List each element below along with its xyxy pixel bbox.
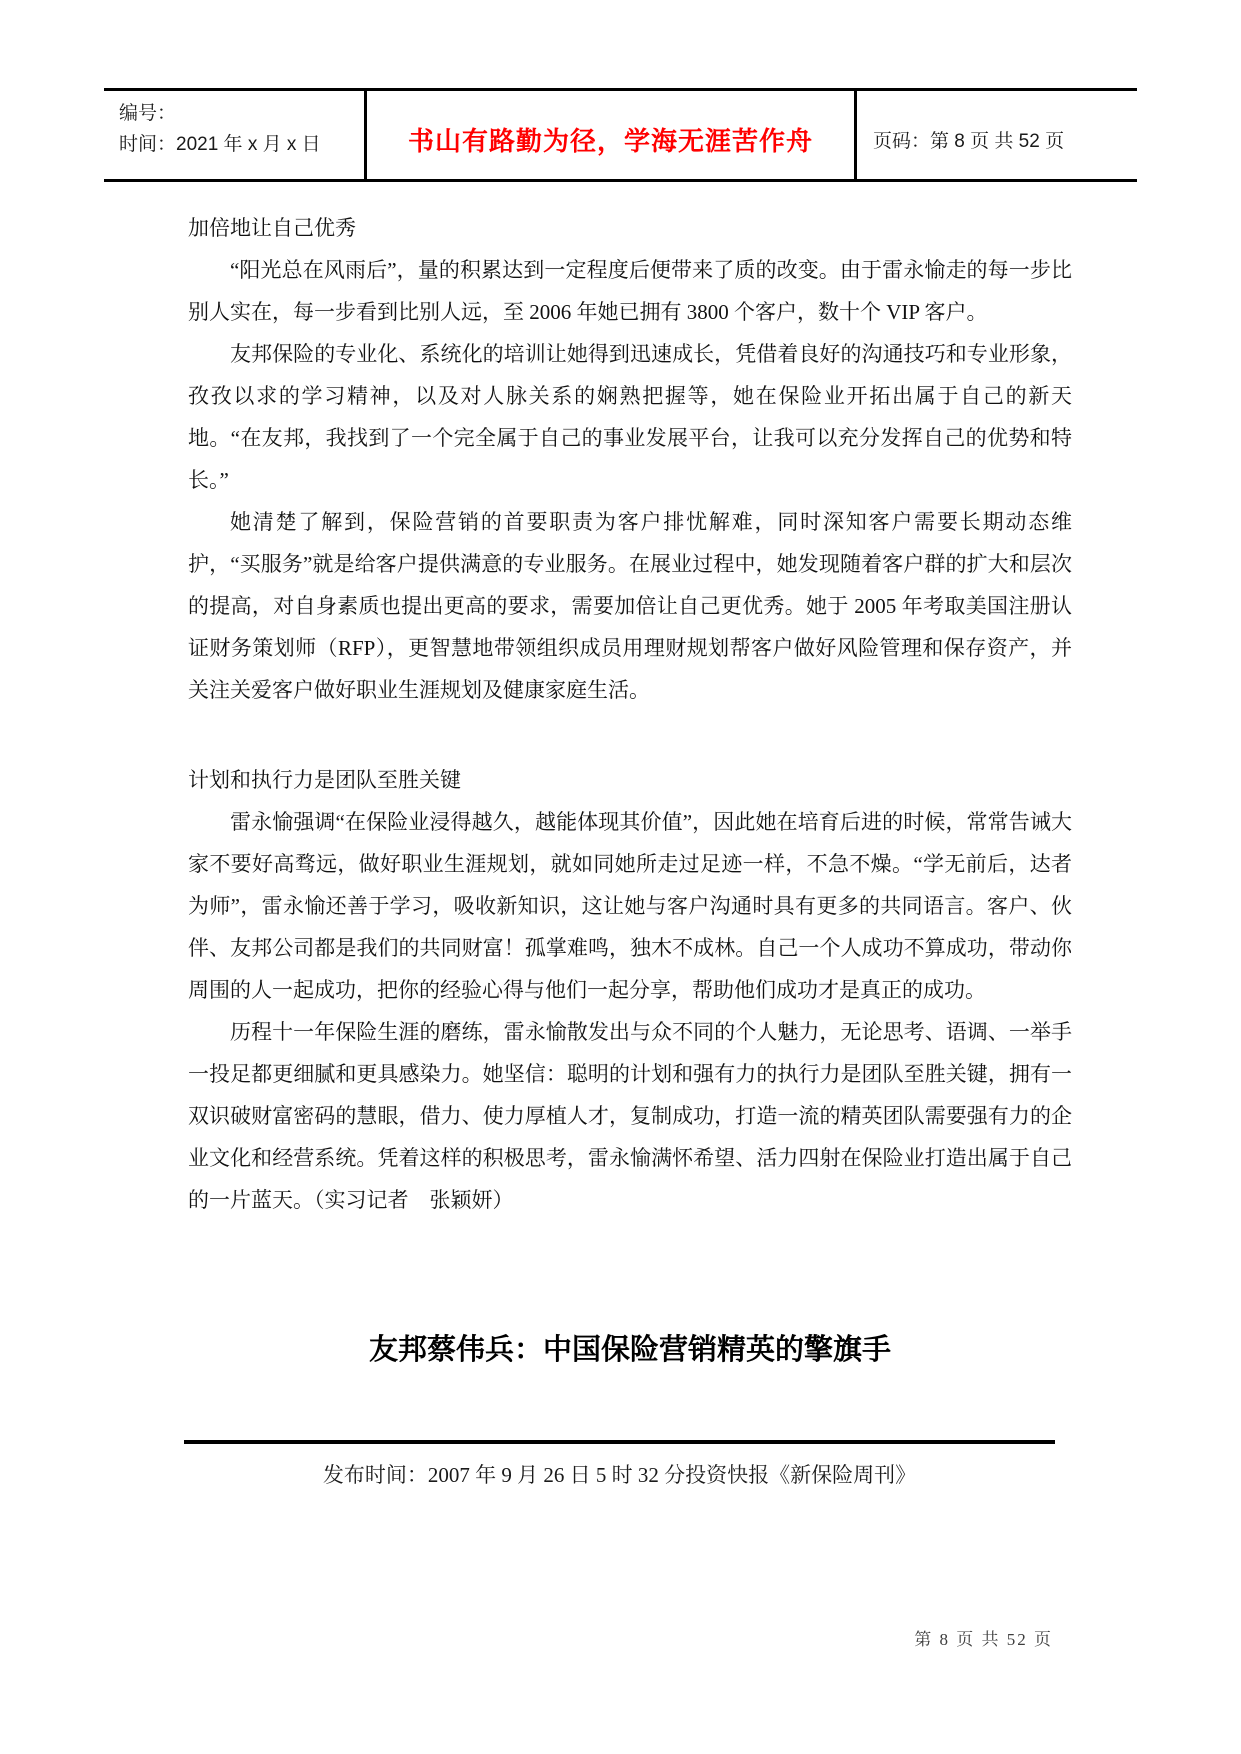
header-meta-cell: 编号： 时间：2021 年 x 月 x 日 [104,91,367,179]
doc-number-label: 编号： [119,98,364,129]
section-heading-2: 计划和执行力是团队至胜关键 [188,759,1072,801]
paragraph-4: 雷永愉强调“在保险业浸得越久，越能体现其价值”，因此她在培育后进的时候，常常告诫… [188,801,1072,1011]
document-body: 加倍地让自己优秀 “阳光总在风雨后”，量的积累达到一定程度后便带来了质的改变。由… [188,207,1072,1496]
paragraph-5: 历程十一年保险生涯的磨练，雷永愉散发出与众不同的个人魅力，无论思考、语调、一举手… [188,1011,1072,1221]
page-header: 编号： 时间：2021 年 x 月 x 日 书山有路勤为径，学海无涯苦作舟 页码… [104,88,1137,182]
section-gap [188,711,1072,759]
header-page-cell: 页码：第 8 页 共 52 页 [857,91,1137,179]
page-footer: 第 8 页 共 52 页 [914,1627,1053,1653]
footer-page-info: 第 8 页 共 52 页 [914,1630,1053,1649]
paragraph-1: “阳光总在风雨后”，量的积累达到一定程度后便带来了质的改变。由于雷永愉走的每一步… [188,249,1072,333]
doc-time-label: 时间：2021 年 x 月 x 日 [119,129,364,160]
article-title: 友邦蔡伟兵：中国保险营销精英的擎旗手 [188,1328,1072,1372]
publish-line: 发布时间：2007 年 9 月 26 日 5 时 32 分投资快报《新保险周刊》 [184,1454,1055,1496]
page-number-label: 页码：第 8 页 共 52 页 [873,126,1064,153]
paragraph-2: 友邦保险的专业化、系统化的培训让她得到迅速成长，凭借着良好的沟通技巧和专业形象，… [188,333,1072,501]
paragraph-3: 她清楚了解到，保险营销的首要职责为客户排忧解难，同时深知客户需要长期动态维护，“… [188,501,1072,711]
section-heading-1: 加倍地让自己优秀 [188,207,1072,249]
document-page: 编号： 时间：2021 年 x 月 x 日 书山有路勤为径，学海无涯苦作舟 页码… [0,0,1241,1754]
header-motto-cell: 书山有路勤为径，学海无涯苦作舟 [367,91,857,179]
publish-block: 发布时间：2007 年 9 月 26 日 5 时 32 分投资快报《新保险周刊》 [184,1440,1055,1496]
motto-text: 书山有路勤为径，学海无涯苦作舟 [408,121,813,158]
